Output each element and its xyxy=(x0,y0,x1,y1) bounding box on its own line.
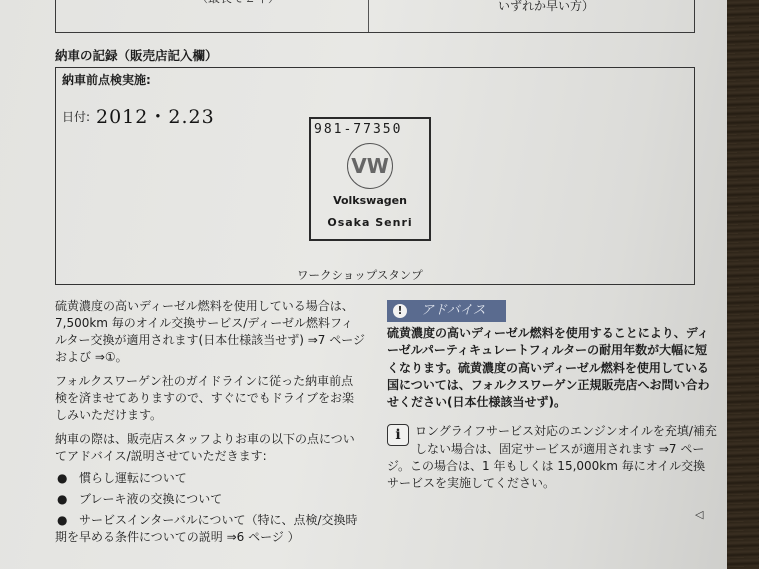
inspection-note: フォルクスワーゲン社のガイドラインに従った納車前点検を済ませてありますので、すぐ… xyxy=(55,373,365,424)
advice-label: アドバイス xyxy=(421,302,486,319)
advice-text: 硫黄濃度の高いディーゼル燃料を使用することにより、ディーゼルパーティキュレートフ… xyxy=(387,325,717,411)
info-note: i ロングライフサービス対応のエンジンオイルを充填/補充しない場合は、固定サービ… xyxy=(387,423,717,492)
handwritten-date: 2012・2.23 xyxy=(96,102,215,129)
stamp-dealer: Osaka Senri xyxy=(311,216,429,229)
bullet-icon: ● xyxy=(57,470,67,487)
list-item-text: ブレーキ液の交換について xyxy=(79,492,222,506)
vw-logo-icon: VW xyxy=(347,143,393,189)
bullet-icon: ● xyxy=(57,491,67,508)
table-divider xyxy=(368,0,369,32)
delivery-record-title: 納車の記録（販売店記入欄） xyxy=(55,46,218,64)
stamp-caption: ワークショップスタンプ xyxy=(297,267,423,283)
table-cell-right: いずれか早い方） xyxy=(498,0,594,14)
list-item-text: サービスインターバルについて（特に、点検/交換時期を早める条件についての説明 ⇒… xyxy=(55,513,358,544)
advice-badge: ! アドバイス xyxy=(387,300,506,322)
list-item: ● サービスインターバルについて（特に、点検/交換時期を早める条件についての説明… xyxy=(55,512,365,546)
booklet-page: （最長で２年） いずれか早い方） 納車の記録（販売店記入欄） 納車前点検実施: … xyxy=(0,0,727,569)
info-text: ロングライフサービス対応のエンジンオイルを充填/補充しない場合は、固定サービスが… xyxy=(387,424,717,490)
table-cell-left: （最長で２年） xyxy=(196,0,280,6)
left-column: 硫黄濃度の高いディーゼル燃料を使用している場合は、7,500km 毎のオイル交換… xyxy=(55,298,365,550)
advice-list: ● 慣らし運転について ● ブレーキ液の交換について ● サービスインターバルに… xyxy=(55,470,365,546)
bullet-icon: ● xyxy=(57,512,67,529)
info-icon: i xyxy=(387,424,409,446)
list-item: ● 慣らし運転について xyxy=(55,470,365,487)
stamp-brand: Volkswagen xyxy=(311,194,429,207)
delivery-record-box: 納車前点検実施: 日付: 2012・2.23 981-77350 VW Volk… xyxy=(55,67,695,285)
date-label: 日付: xyxy=(62,108,90,125)
list-item: ● ブレーキ液の交換について xyxy=(55,491,365,508)
right-column: ! アドバイス 硫黄濃度の高いディーゼル燃料を使用することにより、ディーゼルパー… xyxy=(387,300,717,493)
list-item-text: 慣らし運転について xyxy=(79,471,187,485)
workshop-stamp: 981-77350 VW Volkswagen Osaka Senri xyxy=(309,117,431,241)
exclamation-icon: ! xyxy=(393,304,407,318)
continue-marker-icon: ◁ xyxy=(695,508,703,521)
pre-delivery-inspection-label: 納車前点検実施: xyxy=(62,71,151,88)
wooden-desk-background xyxy=(727,0,759,569)
stamp-phone-number: 981-77350 xyxy=(314,122,402,137)
high-sulfur-note: 硫黄濃度の高いディーゼル燃料を使用している場合は、7,500km 毎のオイル交換… xyxy=(55,298,365,366)
service-table-bottom: （最長で２年） いずれか早い方） xyxy=(55,0,695,33)
delivery-advice-intro: 納車の際は、販売店スタッフよりお車の以下の点についてアドバイス/説明させていただ… xyxy=(55,431,365,465)
